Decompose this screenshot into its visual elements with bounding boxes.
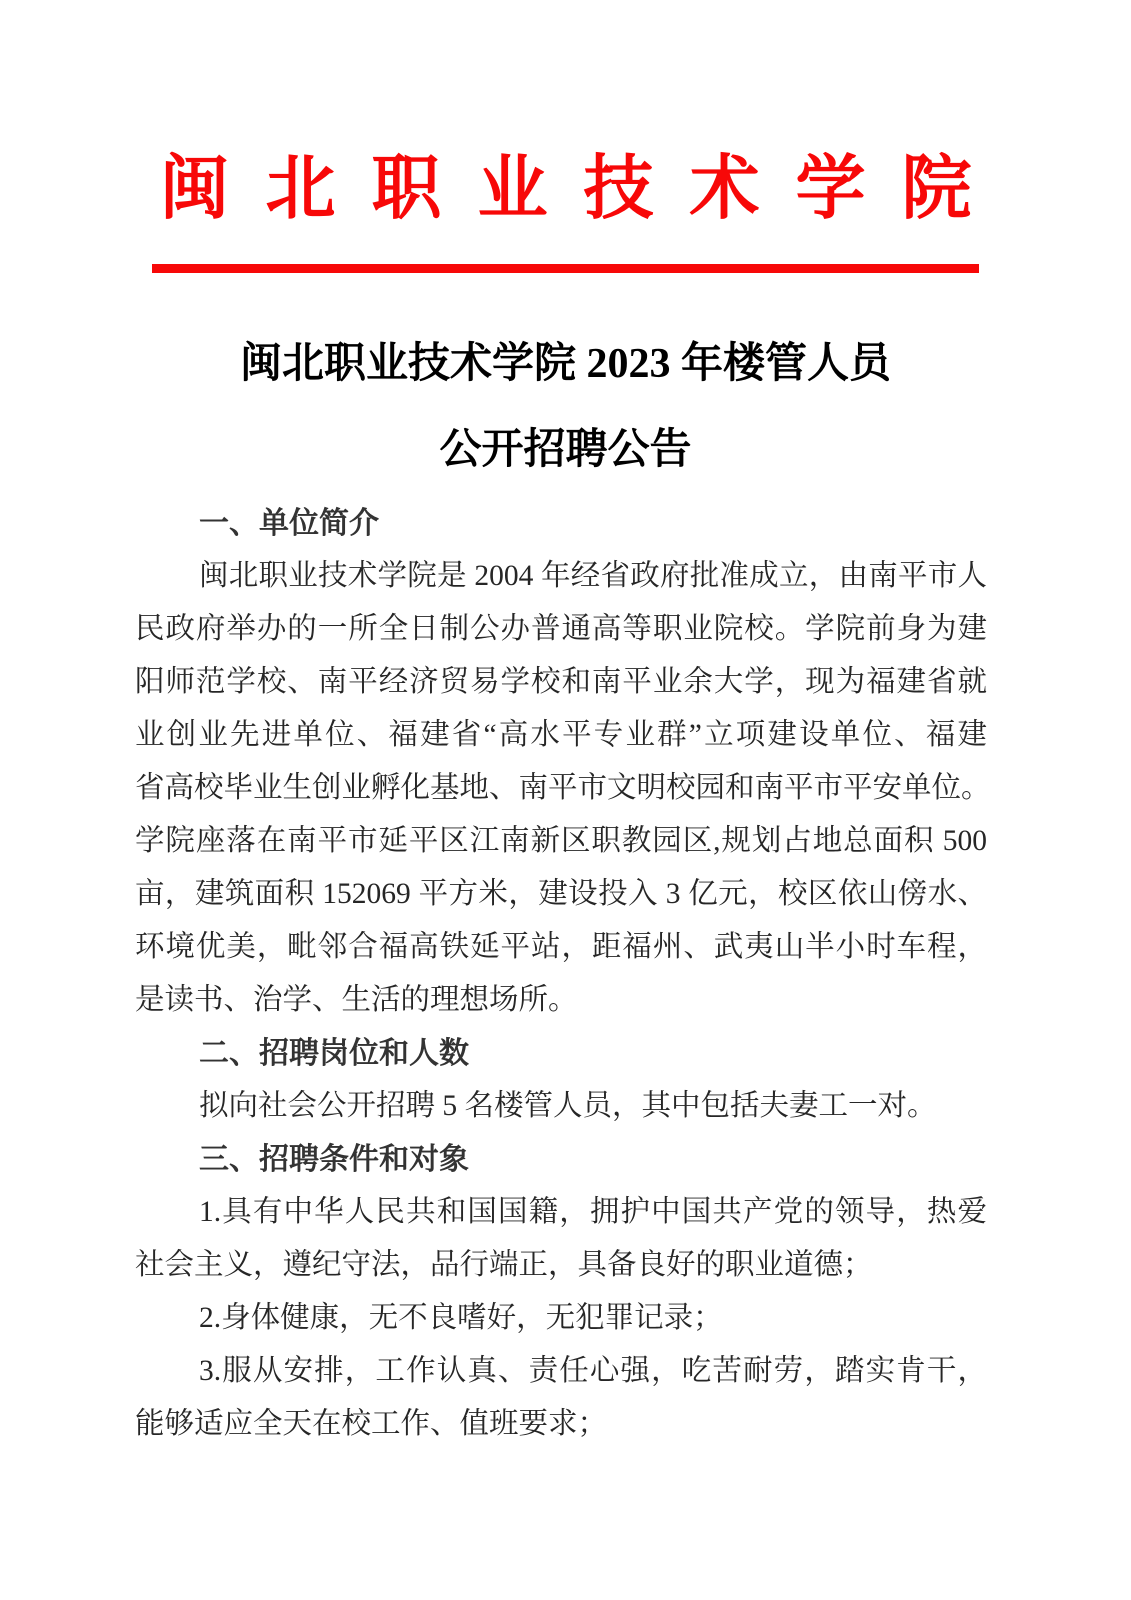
section-1-paragraph-line: 是读书、治学、生活的理想场所。 xyxy=(135,974,987,1027)
document-body: 一、单位简介 闽北职业技术学院是 2004 年经省政府批准成立，由南平市人 民政… xyxy=(135,497,987,1451)
section-3-item-line: 能够适应全天在校工作、值班要求； xyxy=(135,1398,987,1451)
section-1-paragraph-line: 闽北职业技术学院是 2004 年经省政府批准成立，由南平市人 xyxy=(135,550,987,603)
section-2-heading: 二、招聘岗位和人数 xyxy=(135,1027,987,1080)
document-title-line-2: 公开招聘公告 xyxy=(0,426,1131,474)
section-1-paragraph-line: 省高校毕业生创业孵化基地、南平市文明校园和南平市平安单位。 xyxy=(135,762,987,815)
letterhead-divider-line xyxy=(152,264,979,273)
section-3-heading: 三、招聘条件和对象 xyxy=(135,1133,987,1186)
document-title-line-1: 闽北职业技术学院 2023 年楼管人员 xyxy=(0,340,1131,388)
section-1-paragraph-line: 亩，建筑面积 152069 平方米，建设投入 3 亿元，校区依山傍水、 xyxy=(135,868,987,921)
letterhead-school-name: 闽北职业技术学院 xyxy=(0,148,1131,232)
section-3-item-line: 2.身体健康，无不良嗜好，无犯罪记录； xyxy=(135,1292,987,1345)
document-page: 闽北职业技术学院 闽北职业技术学院 2023 年楼管人员 公开招聘公告 一、单位… xyxy=(0,0,1131,1600)
section-3-item-line: 社会主义，遵纪守法，品行端正，具备良好的职业道德； xyxy=(135,1239,987,1292)
section-3-item-line: 1.具有中华人民共和国国籍，拥护中国共产党的领导，热爱 xyxy=(135,1186,987,1239)
section-3-item-line: 3.服从安排，工作认真、责任心强，吃苦耐劳，踏实肯干， xyxy=(135,1345,987,1398)
section-1-paragraph-line: 阳师范学校、南平经济贸易学校和南平业余大学，现为福建省就 xyxy=(135,656,987,709)
section-1-paragraph-line: 民政府举办的一所全日制公办普通高等职业院校。学院前身为建 xyxy=(135,603,987,656)
section-1-paragraph-line: 学院座落在南平市延平区江南新区职教园区,规划占地总面积 500 xyxy=(135,815,987,868)
section-1-paragraph-line: 业创业先进单位、福建省“高水平专业群”立项建设单位、福建 xyxy=(135,709,987,762)
section-2-paragraph-line: 拟向社会公开招聘 5 名楼管人员，其中包括夫妻工一对。 xyxy=(135,1080,987,1133)
section-1-paragraph-line: 环境优美，毗邻合福高铁延平站，距福州、武夷山半小时车程， xyxy=(135,921,987,974)
section-1-heading: 一、单位简介 xyxy=(135,497,987,550)
